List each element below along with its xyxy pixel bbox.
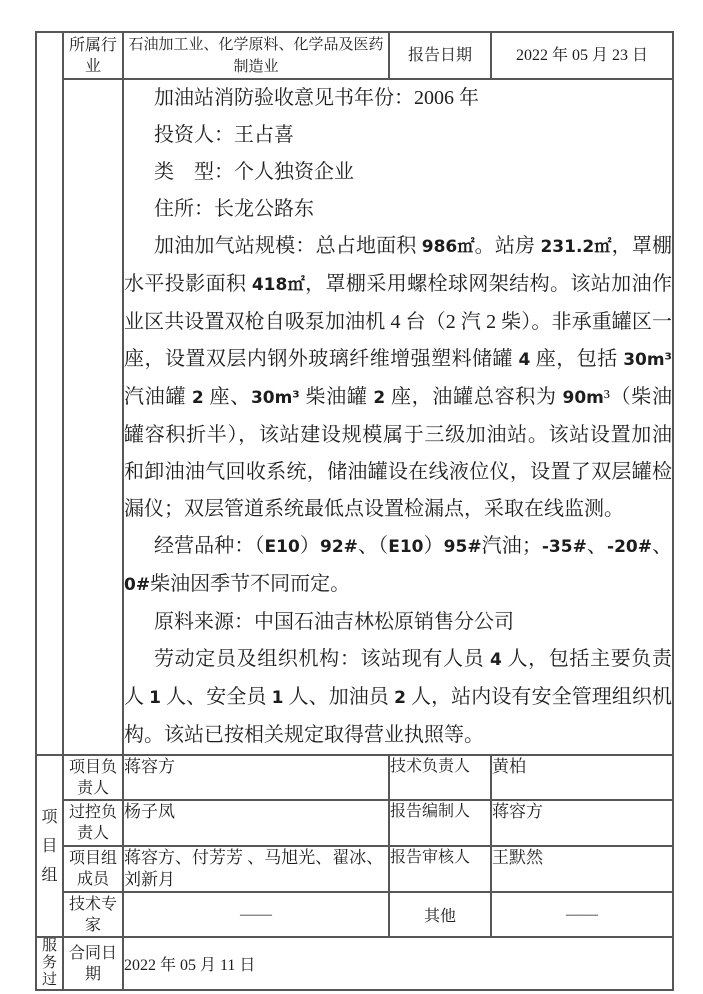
other-value: ——	[491, 892, 673, 937]
team-members-label: 项目组成员	[63, 846, 123, 892]
project-leader-value: 蒋容方	[123, 755, 389, 800]
report-writer-value: 蒋容方	[491, 800, 673, 846]
text-run: 。站房	[475, 235, 541, 257]
text-run: 1	[272, 688, 284, 708]
text-run: -35#	[542, 537, 587, 557]
other-label: 其他	[389, 892, 491, 937]
team-members-value: 蒋容方、付芳芳 、马旭光、翟冰、刘新月	[123, 846, 389, 892]
empty-sublabel-cell	[63, 79, 123, 755]
text-run: 加油站消防验收意见书年份：2006 年	[154, 87, 479, 109]
text-run: 4	[490, 650, 502, 670]
text-run: 住所：长龙公路东	[154, 198, 314, 220]
text-run: 汽油罐	[124, 386, 192, 408]
side-label-text: 项目组	[41, 803, 59, 890]
text-run: 劳动定员及组织机构：该站现有人员	[154, 648, 490, 670]
process-control-value: 杨子凤	[123, 800, 389, 846]
side-label-service: 服务过	[36, 937, 63, 990]
body-paragraph: 加油站消防验收意见书年份：2006 年	[124, 80, 672, 117]
text-run: 加油加气站规模：总占地面积	[154, 235, 422, 257]
project-team-row: 技术专家 —— 其他 ——	[36, 892, 673, 937]
text-run: 柴油罐	[300, 386, 374, 408]
text-run: 座、	[204, 386, 251, 408]
text-run: 类 型：个人独资企业	[154, 161, 354, 183]
text-run: 2	[394, 688, 406, 708]
text-run: 4	[518, 350, 530, 370]
report-date-label: 报告日期	[389, 32, 491, 79]
text-run: 汽油；	[482, 535, 542, 557]
project-team-row: 项目组 项目负责人 蒋容方 技术负责人 黄柏	[36, 755, 673, 800]
body-paragraph: 劳动定员及组织机构：该站现有人员 4 人，包括主要负责人 1 人、安全员 1 人…	[124, 641, 672, 754]
header-row: 所属行业 石油加工业、化学原料、化学品及医药制造业 报告日期 2022 年 05…	[36, 32, 673, 79]
text-run: 231.2㎡	[540, 237, 611, 257]
contract-date-label: 合同日期	[63, 937, 123, 990]
empty-side-cell	[36, 32, 63, 755]
body-paragraph: 类 型：个人独资企业	[124, 154, 672, 191]
text-run: E10	[265, 537, 300, 557]
text-run: 柴油因季节不同而定。	[150, 573, 350, 595]
tech-expert-value: ——	[123, 892, 389, 937]
text-run: ）	[300, 535, 320, 557]
contract-date-value: 2022 年 05 月 11 日	[123, 937, 673, 990]
process-control-label: 过控负责人	[63, 800, 123, 846]
tech-leader-label: 技术负责人	[389, 755, 491, 800]
body-paragraph: 原料来源：中国石油吉林松原销售分公司	[124, 604, 672, 641]
text-run: 1	[149, 688, 161, 708]
tech-leader-value: 黄柏	[491, 755, 673, 800]
report-writer-label: 报告编制人	[389, 800, 491, 846]
text-run: 30m³	[623, 350, 672, 370]
text-run: 座，油罐总容积为	[385, 386, 562, 408]
project-team-row: 项目组成员 蒋容方、付芳芳 、马旭光、翟冰、刘新月 报告审核人 王默然	[36, 846, 673, 892]
text-run: 投资人：王占喜	[154, 124, 294, 146]
overview-row: 加油站消防验收意见书年份：2006 年 投资人：王占喜 类 型：个人独资企业 住…	[36, 79, 673, 755]
report-page: 所属行业 石油加工业、化学原料、化学品及医药制造业 报告日期 2022 年 05…	[0, 0, 703, 994]
text-run: 、	[587, 535, 607, 557]
industry-label: 所属行业	[63, 32, 123, 79]
text-run: 30m³	[251, 388, 300, 408]
text-run: 座，包括	[530, 348, 623, 370]
body-paragraph: 住所：长龙公路东	[124, 191, 672, 228]
text-run: 418㎡	[252, 275, 305, 295]
overview-cell: 加油站消防验收意见书年份：2006 年 投资人：王占喜 类 型：个人独资企业 住…	[123, 79, 673, 755]
service-row: 服务过 合同日期 2022 年 05 月 11 日	[36, 937, 673, 990]
body-paragraph: 投资人：王占喜	[124, 117, 672, 154]
report-reviewer-value: 王默然	[491, 846, 673, 892]
text-run: 2	[192, 388, 204, 408]
text-run: ）	[423, 535, 443, 557]
project-leader-label: 项目负责人	[63, 755, 123, 800]
report-date-value: 2022 年 05 月 23 日	[491, 32, 673, 79]
text-run: 0#	[124, 575, 150, 595]
industry-value: 石油加工业、化学原料、化学品及医药制造业	[123, 32, 389, 79]
tech-expert-label: 技术专家	[63, 892, 123, 937]
text-run: 986㎡	[422, 237, 475, 257]
body-paragraph: 经营品种：（E10）92#、（E10）95#汽油；-35#、-20#、0#柴油因…	[124, 528, 672, 604]
text-run: -20#	[607, 537, 652, 557]
report-table: 所属行业 石油加工业、化学原料、化学品及医药制造业 报告日期 2022 年 05…	[35, 31, 674, 991]
text-run: 95#	[444, 537, 482, 557]
text-run: E10	[388, 537, 423, 557]
text-run: 90m	[562, 388, 603, 408]
side-label-text: 服务过	[41, 938, 59, 989]
project-team-row: 过控负责人 杨子凤 报告编制人 蒋容方	[36, 800, 673, 846]
text-run: 人、安全员	[161, 686, 272, 708]
text-run: 、	[652, 535, 672, 557]
text-run: 、（	[358, 535, 388, 557]
text-run: 92#	[320, 537, 358, 557]
text-run: 经营品种：（	[154, 535, 265, 557]
text-run: 人、加油员	[283, 686, 394, 708]
text-run: 2	[373, 388, 385, 408]
text-run: 原料来源：中国石油吉林松原销售分公司	[154, 611, 514, 633]
side-label-project-team: 项目组	[36, 755, 63, 937]
body-paragraph: 加油加气站规模：总占地面积 986㎡。站房 231.2㎡，罩棚水平投影面积 41…	[124, 228, 672, 528]
report-reviewer-label: 报告审核人	[389, 846, 491, 892]
